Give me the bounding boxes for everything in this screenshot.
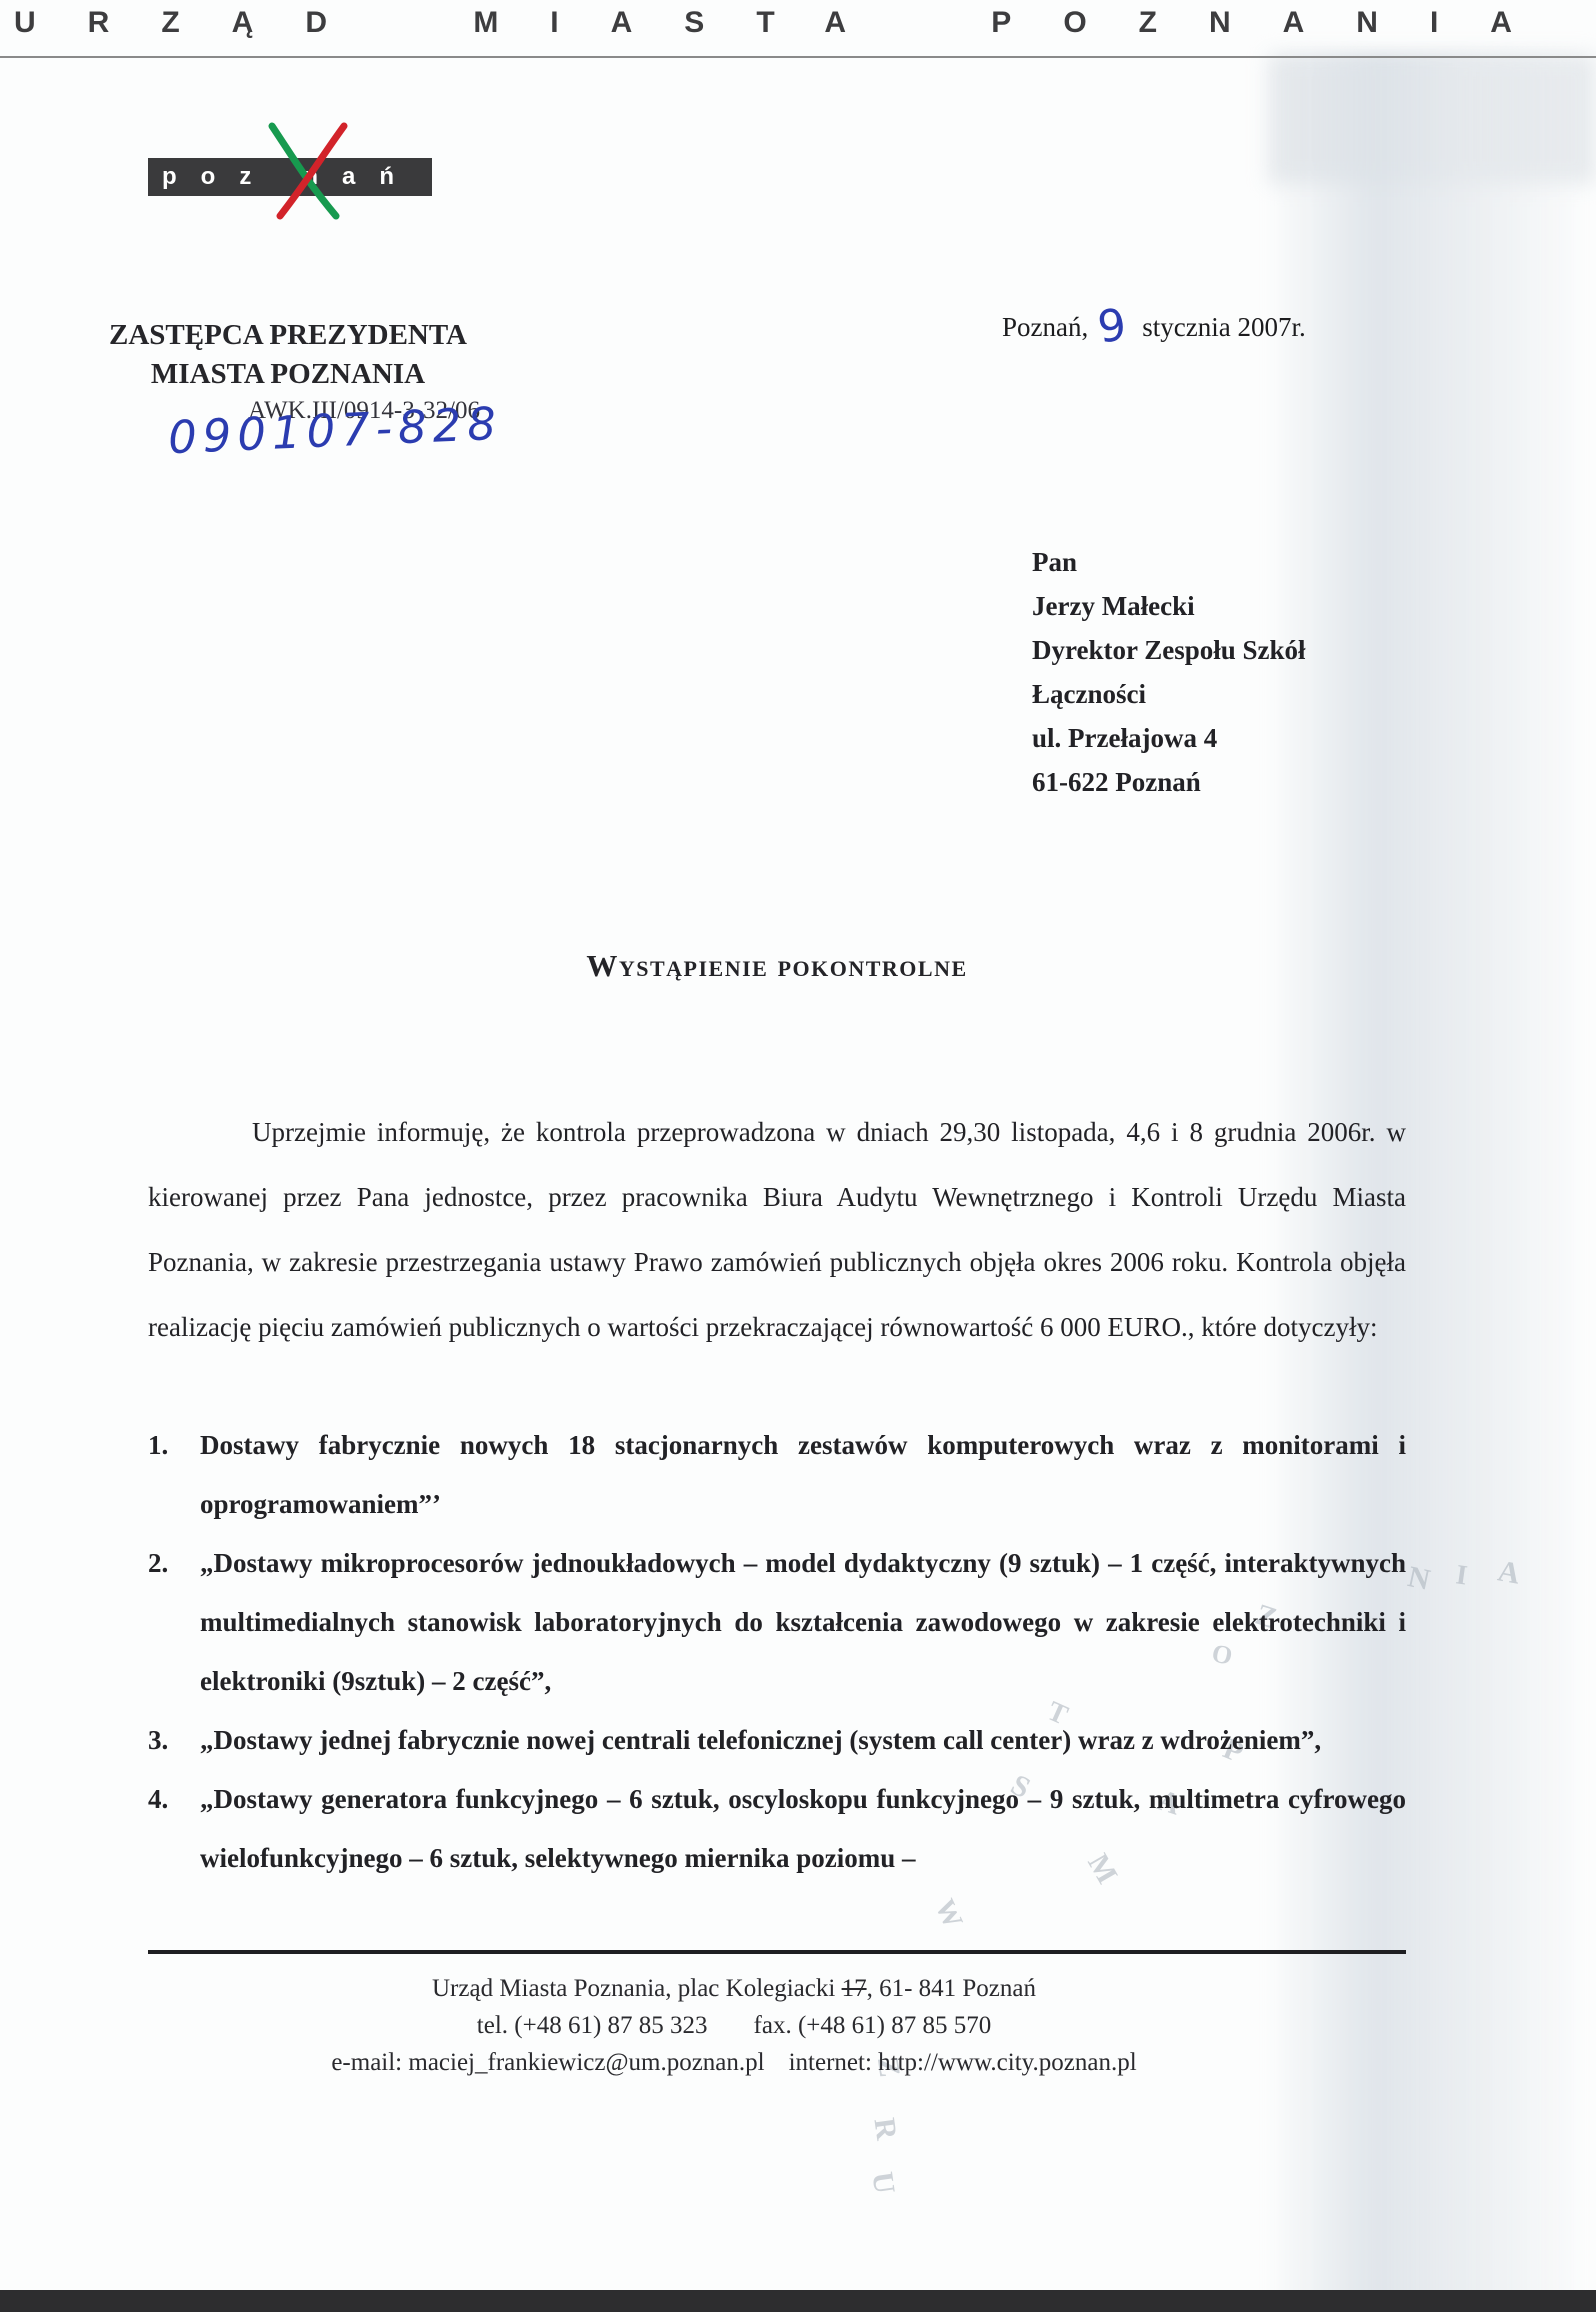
recipient-role-line1: Dyrektor Zespołu Szkół xyxy=(1032,628,1306,672)
logo-ribbons-icon xyxy=(148,122,432,220)
footer-contact-line: e-mail: maciej_frankiewicz@um.poznan.pli… xyxy=(104,2044,1364,2081)
recipient-street: ul. Przełajowa 4 xyxy=(1032,716,1306,760)
footer-address-pre: Urząd Miasta Poznania, plac Kolegiacki xyxy=(432,1975,842,2002)
list-item-number: 1. xyxy=(148,1416,168,1475)
recipient-role-line2: Łączności xyxy=(1032,672,1306,716)
list-item-text: Dostawy fabrycznie nowych 18 stacjonarny… xyxy=(200,1430,1406,1519)
ghost-letter: U xyxy=(864,2170,901,2196)
list-item: 1. Dostawy fabrycznie nowych 18 stacjona… xyxy=(148,1416,1406,1534)
list-item-number: 4. xyxy=(148,1770,168,1829)
list-item: 2. „Dostawy mikroprocesorów jednoukładow… xyxy=(148,1534,1406,1711)
orders-list: 1. Dostawy fabrycznie nowych 18 stacjona… xyxy=(148,1416,1406,1888)
footer-address-post: , 61- 841 Poznań xyxy=(867,1975,1036,2002)
date-line: Poznań,9stycznia 2007r. xyxy=(1002,312,1306,343)
scan-bottom-edge xyxy=(0,2290,1596,2312)
date-rest: stycznia 2007r. xyxy=(1142,312,1305,342)
recipient-name: Jerzy Małecki xyxy=(1032,584,1306,628)
scanned-letter-page: NIAZOPATSMWZRU URZĄD MIASTA POZNANIA poz… xyxy=(0,0,1596,2312)
handwritten-day: 9 xyxy=(1097,315,1128,339)
recipient-block: Pan Jerzy Małecki Dyrektor Zespołu Szkół… xyxy=(1032,540,1306,804)
list-item-number: 2. xyxy=(148,1534,168,1593)
footer-address-line: Urząd Miasta Poznania, plac Kolegiacki 1… xyxy=(104,1970,1364,2007)
footer-phones-line: tel. (+48 61) 87 85 323fax. (+48 61) 87 … xyxy=(104,2007,1364,2044)
recipient-salutation: Pan xyxy=(1032,540,1306,584)
footer-email: e-mail: maciej_frankiewicz@um.poznan.pl xyxy=(331,2049,764,2076)
letterhead-rule xyxy=(0,56,1596,58)
list-item-text: „Dostawy mikroprocesorów jednoukładowych… xyxy=(200,1548,1406,1696)
footer-rule xyxy=(148,1950,1406,1954)
poznan-city-logo: poz nań xyxy=(148,122,432,220)
list-item: 3. „Dostawy jednej fabrycznie nowej cent… xyxy=(148,1711,1406,1770)
list-item-text: „Dostawy jednej fabrycznie nowej central… xyxy=(200,1725,1321,1755)
list-item-number: 3. xyxy=(148,1711,168,1770)
footer-block: Urząd Miasta Poznania, plac Kolegiacki 1… xyxy=(104,1970,1364,2081)
date-city: Poznań, xyxy=(1002,312,1088,342)
footer-tel: tel. (+48 61) 87 85 323 xyxy=(477,2012,708,2039)
list-item-text: „Dostawy generatora funkcyjnego – 6 sztu… xyxy=(200,1784,1406,1873)
sender-title-line2: MIASTA POZNANIA xyxy=(88,355,488,394)
body-paragraph: Uprzejmie informuję, że kontrola przepro… xyxy=(148,1100,1406,1360)
list-item: 4. „Dostawy generatora funkcyjnego – 6 s… xyxy=(148,1770,1406,1888)
footer-address-struck-number: 17 xyxy=(842,1975,867,2002)
document-title: Wystąpienie pokontrolne xyxy=(148,948,1406,984)
footer-internet: internet: http://www.city.poznan.pl xyxy=(789,2049,1137,2076)
ghost-letter: R xyxy=(866,2116,903,2142)
recipient-city: 61-622 Poznań xyxy=(1032,760,1306,804)
letterhead-band: URZĄD MIASTA POZNANIA xyxy=(0,6,1596,46)
sender-title-line1: ZASTĘPCA PREZYDENTA xyxy=(88,316,488,355)
footer-fax: fax. (+48 61) 87 85 570 xyxy=(754,2012,992,2039)
ghost-letter: W xyxy=(928,1895,969,1934)
